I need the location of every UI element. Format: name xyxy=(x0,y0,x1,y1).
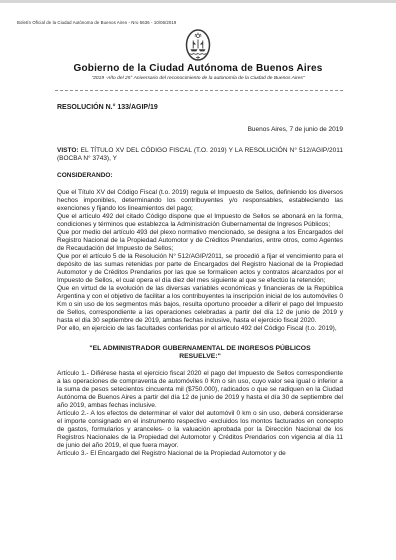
considerando-label: CONSIDERANDO: xyxy=(57,172,343,180)
dateline: Buenos Aires, 7 de junio de 2019 xyxy=(57,126,343,134)
document-page: Boletín Oficial de la Ciudad Autónoma de… xyxy=(0,0,396,560)
resolution-body: RESOLUCIÓN N.° 133/AGIP/19 Buenos Aires,… xyxy=(57,104,343,458)
article-3: Artículo 3.- El Encargado del Registro N… xyxy=(57,450,343,458)
article-2: Artículo 2.- A los efectos de determinar… xyxy=(57,410,343,450)
considerando-paragraph-1: Que el Título XV del Código Fiscal (t.o.… xyxy=(57,189,343,213)
anniversary-subtitle: "2019 -Año del 25° Aniversario del recon… xyxy=(0,76,396,81)
considerando-paragraph-5: Que en virtud de la evolución de las div… xyxy=(57,285,343,325)
considerando-paragraph-4: Que por el artículo 5 de la Resolución N… xyxy=(57,253,343,285)
boletin-header-line: Boletín Oficial de la Ciudad Autónoma de… xyxy=(17,20,176,25)
considerando-paragraph-3: Que por medio del artículo 493 del plexo… xyxy=(57,229,343,253)
articles-section: Artículo 1.- Difiérese hasta el ejercici… xyxy=(57,370,343,458)
government-title: Gobierno de la Ciudad Autónoma de Buenos… xyxy=(0,63,396,74)
scan-top-edge xyxy=(0,0,396,3)
article-1: Artículo 1.- Difiérese hasta el ejercici… xyxy=(57,370,343,410)
considerando-section: Que el Título XV del Código Fiscal (t.o.… xyxy=(57,189,343,325)
visto-text: EL TÍTULO XV DEL CÓDIGO FISCAL (T.O. 201… xyxy=(57,147,343,162)
visto-label: VISTO: xyxy=(57,147,79,154)
por-ello-paragraph: Por ello, en ejercicio de las facultades… xyxy=(57,325,343,333)
dashed-separator xyxy=(55,90,343,91)
visto-paragraph: VISTO: EL TÍTULO XV DEL CÓDIGO FISCAL (T… xyxy=(57,147,343,163)
resolution-number: RESOLUCIÓN N.° 133/AGIP/19 xyxy=(57,104,343,112)
buenos-aires-seal-icon xyxy=(183,26,213,64)
considerando-paragraph-2: Que el artículo 492 del citado Código di… xyxy=(57,213,343,229)
resuelve-heading: "EL ADMINISTRADOR GUBERNAMENTAL DE INGRE… xyxy=(75,345,325,361)
